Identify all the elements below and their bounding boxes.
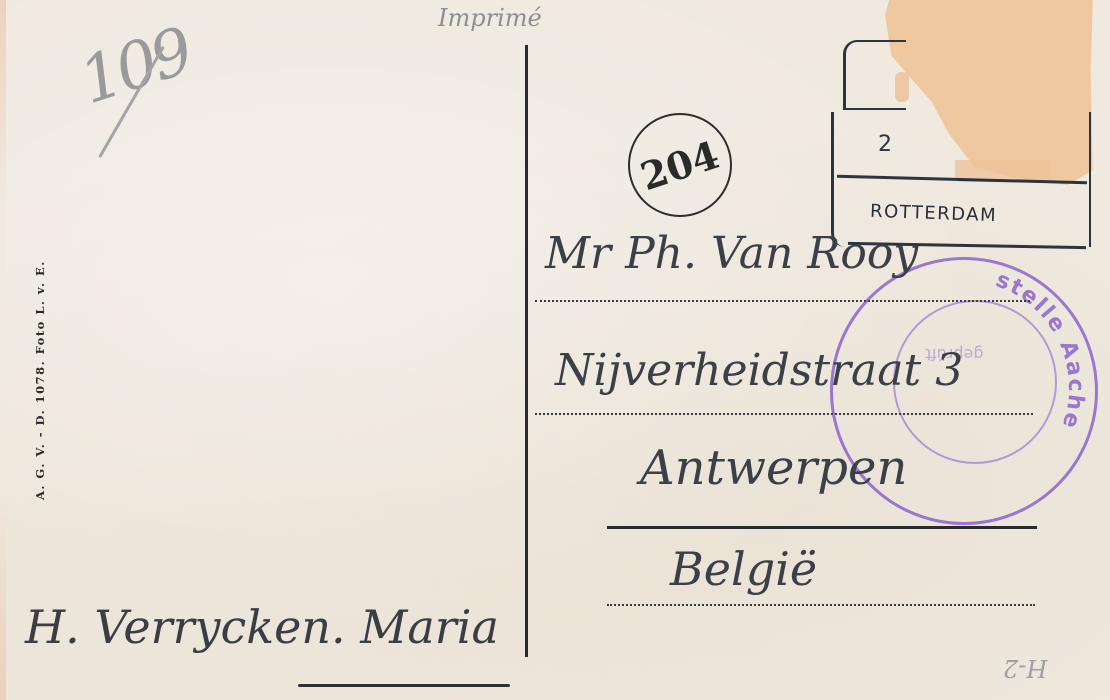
pencil-reference-number: 109 xyxy=(71,15,199,119)
recipient-country: België xyxy=(670,542,817,596)
postcard: 109 Imprimé H-2 A. G. V. - D. 1078. Foto… xyxy=(0,0,1110,700)
address-line-3 xyxy=(607,526,1037,529)
svg-text:stelle Aache: stelle Aache xyxy=(992,267,1088,432)
printer-credit: A. G. V. - D. 1078. Foto L. v. E. xyxy=(33,260,47,500)
address-line-4 xyxy=(607,604,1035,606)
paper-edge-stain xyxy=(0,0,6,700)
postmark-city: ROTTERDAM xyxy=(870,201,998,226)
number-stamp-text: 204 xyxy=(635,131,724,198)
recipient-city: Antwerpen xyxy=(640,440,907,496)
censor-ring-label: stelle Aache xyxy=(992,267,1088,432)
address-line-1 xyxy=(535,300,1030,302)
center-divider-line xyxy=(525,45,528,657)
pencil-imprime-label: Imprimé xyxy=(438,4,542,32)
postmark-frame-upper xyxy=(843,40,906,110)
recipient-street: Nijverheidstraat 3 xyxy=(555,345,963,396)
recipient-name: Mr Ph. Van Rooy xyxy=(545,228,918,279)
sender-underline xyxy=(298,684,510,687)
number-circle-stamp: 204 xyxy=(628,113,732,217)
pencil-corner-note: H-2 xyxy=(1003,654,1047,682)
sender-signature: H. Verrycken. Maria xyxy=(25,600,499,654)
postmark-number: 2 xyxy=(878,132,892,157)
address-line-2 xyxy=(535,413,1033,415)
